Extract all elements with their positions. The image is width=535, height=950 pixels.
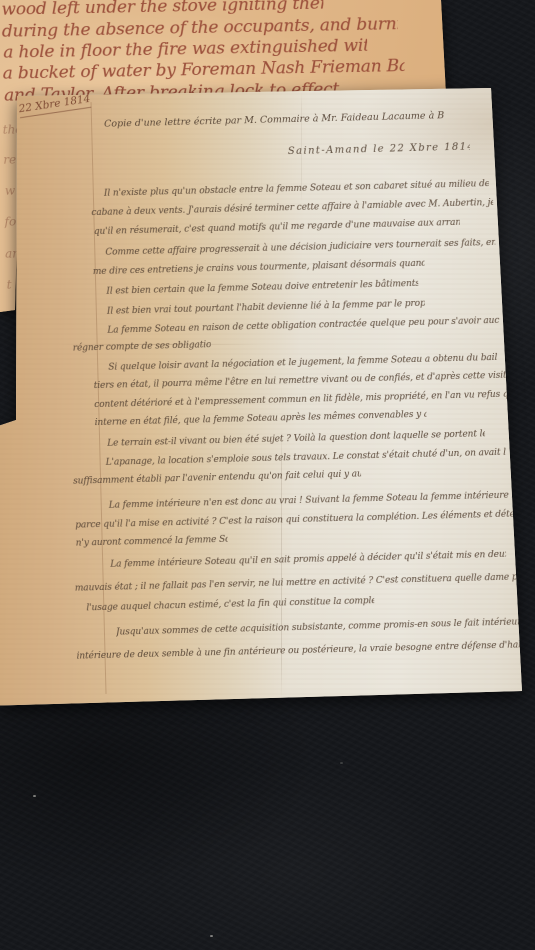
- handwritten-line: L'apanage, la location s'emploie sous te…: [106, 447, 506, 469]
- handwritten-line: Il n'existe plus qu'un obstacle entre la…: [104, 178, 489, 200]
- handwritten-line: Il est bien certain que la femme Soteau …: [106, 278, 418, 298]
- french-letter-paper: 22 Xbre 1814 Copie d'une lettre écrite p…: [0, 0, 535, 950]
- handwritten-line: La femme Soteau en raison de cette oblig…: [107, 315, 499, 337]
- french-letter-shadow: 22 Xbre 1814 Copie d'une lettre écrite p…: [0, 0, 535, 950]
- handwritten-line: Comme cette affaire progresserait à une …: [105, 237, 495, 259]
- handwritten-line: l'usage auquel chacun estimé, c'est la f…: [86, 595, 374, 614]
- handwritten-line: me dire ces entretiens je crains vous to…: [93, 258, 425, 278]
- letter-body: Il n'existe plus qu'un obstacle entre la…: [0, 0, 531, 2]
- french-letter-text: 22 Xbre 1814 Copie d'une lettre écrite p…: [0, 0, 535, 950]
- letter-dateline: Saint-Amand le 22 Xbre 1814.: [288, 141, 470, 159]
- handwritten-line: La femme intérieure n'en est donc au vra…: [109, 490, 513, 512]
- handwritten-line: La femme intérieure Soteau qu'il en sait…: [110, 549, 506, 571]
- handwritten-line: Il est bien vrai tout pourtant l'habit d…: [107, 298, 425, 318]
- photo-scene: wood left under the stove igniting there…: [0, 0, 535, 950]
- handwritten-line: parce qu'il l'a mise en activité ? C'est…: [75, 509, 513, 532]
- handwritten-line: Le terrain est-il vivant ou bien été suj…: [107, 428, 485, 450]
- handwritten-line: intérieure de deux semble à une fin anté…: [76, 639, 528, 662]
- handwritten-line: suffisamment établi par l'avenir entendu…: [73, 468, 361, 487]
- letter-heading: Copie d'une lettre écrite par M. Commair…: [104, 110, 444, 131]
- handwritten-line: Jusqu'aux sommes de cette acquisition su…: [116, 616, 522, 638]
- handwritten-line: interne en état filé, que la femme Sotea…: [95, 409, 427, 429]
- handwritten-line: mauvais état ; il ne fallait pas l'en se…: [75, 571, 517, 594]
- handwritten-line: tiers en état, il pourra même l'être en …: [94, 370, 506, 392]
- archival-date-note: 22 Xbre 1814: [18, 93, 92, 118]
- handwritten-line: cabane à deux vents. J'aurais désiré ter…: [91, 197, 493, 219]
- handwritten-line: content détérioré et à l'empressement co…: [94, 389, 508, 411]
- handwritten-line: régner compte de ses obligations.: [73, 339, 211, 354]
- handwritten-line: qu'il en résumerait, c'est quand motifs …: [94, 217, 460, 238]
- handwritten-line: n'y auront commencé la femme Soteau.: [76, 534, 228, 550]
